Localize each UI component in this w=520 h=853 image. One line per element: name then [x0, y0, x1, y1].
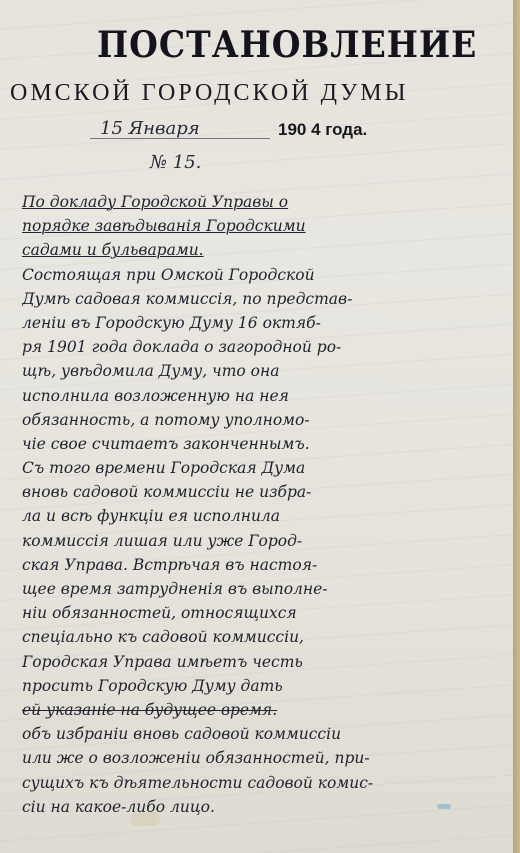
body-line: ла и всѣ функціи ея исполнила	[22, 504, 502, 528]
heading-line: садами и бульварами.	[22, 238, 502, 262]
body-line: просить Городскую Думу дать	[22, 674, 502, 698]
body-line: Съ того времени Городская Дума	[22, 456, 502, 480]
printed-year: 190 4 года.	[278, 120, 367, 140]
closing-line: сущихъ къ дѣятельности садовой комис-	[22, 771, 502, 795]
resolution-number: № 15.	[150, 152, 201, 173]
document-subtitle: ОМСКОЙ ГОРОДСКОЙ ДУМЫ	[10, 80, 409, 107]
document-title: ПОСТАНОВЛЕНИЕ	[97, 23, 477, 66]
ink-spot	[437, 804, 451, 809]
handwritten-body: По докладу Городской Управы о порядке за…	[22, 190, 502, 819]
body-line: обязанность, а потому уполномо-	[22, 408, 502, 432]
struck-through-line: ей указаніе на будущее время.	[22, 698, 502, 722]
body-line: Городская Управа имѣетъ честь	[22, 650, 502, 674]
closing-line: объ избраніи вновь садовой коммиссіи	[22, 722, 502, 746]
body-line: вновь садовой коммиссіи не избра-	[22, 480, 502, 504]
page-edge	[513, 0, 520, 853]
body-line: ря 1901 года доклада о загородной ро-	[22, 335, 502, 359]
body-line: Думѣ садовая коммиссія, по представ-	[22, 287, 502, 311]
handwritten-date: 15 Января	[100, 118, 200, 139]
paper-stain	[130, 812, 160, 826]
body-line: коммиссія лишая или уже Город-	[22, 529, 502, 553]
body-line: леніи въ Городскую Думу 16 октяб-	[22, 311, 502, 335]
document-page: ПОСТАНОВЛЕНИЕ ОМСКОЙ ГОРОДСКОЙ ДУМЫ 15 Я…	[0, 0, 513, 853]
body-line: спеціально къ садовой коммиссіи,	[22, 625, 502, 649]
body-line: чіе свое считаетъ законченнымъ.	[22, 432, 502, 456]
closing-line: сіи на какое-либо лицо.	[22, 795, 502, 819]
body-line: ніи обязанностей, относящихся	[22, 601, 502, 625]
heading-line: порядке завѣдыванія Городскими	[22, 214, 502, 238]
body-line: щее время затрудненія въ выполне-	[22, 577, 502, 601]
body-line: ская Управа. Встрѣчая въ настоя-	[22, 553, 502, 577]
body-line: исполнила возложенную на нея	[22, 384, 502, 408]
body-line: щѣ, увѣдомила Думу, что она	[22, 359, 502, 383]
body-line: Состоящая при Омской Городской	[22, 263, 502, 287]
closing-line: или же о возложеніи обязанностей, при-	[22, 746, 502, 770]
heading-line: По докладу Городской Управы о	[22, 190, 502, 214]
